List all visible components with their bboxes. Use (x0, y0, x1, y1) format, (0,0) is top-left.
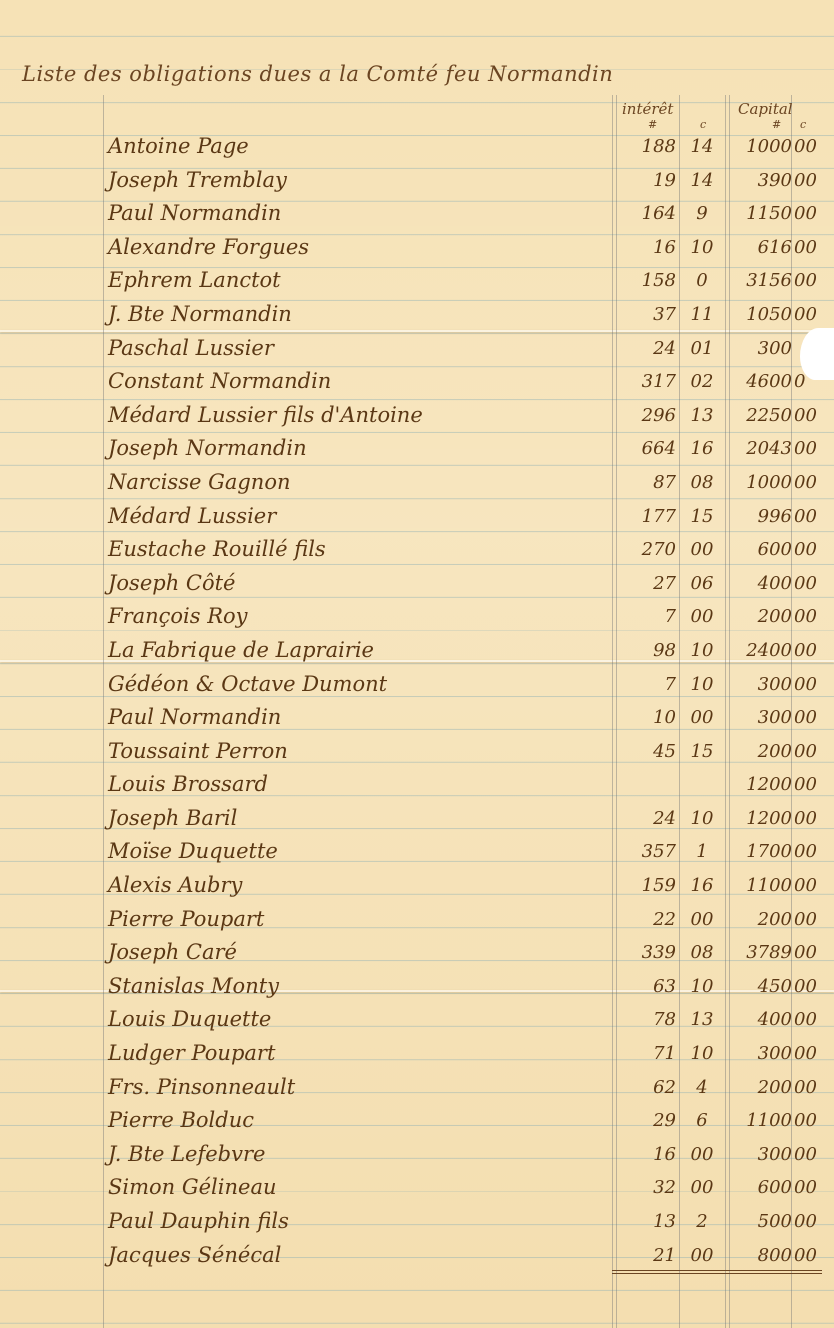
capital-cents: 00 (794, 640, 824, 661)
capital-cents: 00 (794, 741, 824, 762)
entry-name: Médard Lussier fils d'Antoine (108, 403, 423, 427)
interest-cents: 16 (682, 438, 722, 459)
capital-pounds: 450 (730, 976, 792, 997)
capital-cents: 00 (794, 808, 824, 829)
entry-name: Joseph Caré (108, 940, 237, 964)
entry-name: Constant Normandin (108, 369, 331, 393)
interest-cents: 0 (682, 270, 722, 291)
ledger-row: Toussaint Perron451520000 (0, 735, 834, 769)
entry-name: Moïse Duquette (108, 839, 278, 863)
total-underline (612, 1273, 822, 1274)
interest-cents: 10 (682, 674, 722, 695)
ledger-row: Jacques Sénécal210080000 (0, 1239, 834, 1273)
entry-name: J. Bte Normandin (108, 302, 292, 326)
capital-cents: 0 (794, 371, 824, 392)
ledger-row: Gédéon & Octave Dumont71030000 (0, 668, 834, 702)
capital-pounds: 200 (730, 606, 792, 627)
interest-pounds: 317 (618, 371, 676, 392)
entry-name: Jacques Sénécal (108, 1243, 281, 1267)
interest-pounds: 24 (618, 338, 676, 359)
capital-cents: 00 (794, 203, 824, 224)
interest-cents: 00 (682, 707, 722, 728)
capital-cents: 00 (794, 506, 824, 527)
capital-cents: 00 (794, 237, 824, 258)
capital-pounds: 3789 (730, 942, 792, 963)
ledger-row: Moïse Duquette3571170000 (0, 835, 834, 869)
capital-cents: 00 (794, 606, 824, 627)
capital-pounds: 200 (730, 909, 792, 930)
interest-pounds: 21 (618, 1245, 676, 1266)
capital-pounds: 2043 (730, 438, 792, 459)
total-underline (612, 1270, 822, 1271)
interest-pounds: 63 (618, 976, 676, 997)
interest-pounds: 177 (618, 506, 676, 527)
capital-cents: 00 (794, 1110, 824, 1131)
capital-pounds: 4600 (730, 371, 792, 392)
entry-name: Frs. Pinsonneault (108, 1075, 295, 1099)
capital-cents: 00 (794, 707, 824, 728)
entry-name: Gédéon & Octave Dumont (108, 672, 387, 696)
entry-name: Eustache Rouillé fils (108, 537, 326, 561)
entry-name: Louis Duquette (108, 1007, 271, 1031)
entry-name: Paul Normandin (108, 705, 281, 729)
capital-pounds: 1700 (730, 841, 792, 862)
interest-cents: 00 (682, 909, 722, 930)
capital-cents: 00 (794, 1043, 824, 1064)
capital-pounds: 500 (730, 1211, 792, 1232)
capital-cents: 00 (794, 1009, 824, 1030)
capital-cents: 00 (794, 573, 824, 594)
entry-name: Paul Dauphin fils (108, 1209, 289, 1233)
interest-cents: 13 (682, 1009, 722, 1030)
ledger-row: La Fabrique de Laprairie9810240000 (0, 634, 834, 668)
ledger-row: Joseph Tremblay191439000 (0, 164, 834, 198)
capital-pounds: 800 (730, 1245, 792, 1266)
ledger-row: Paul Normandin100030000 (0, 701, 834, 735)
ledger-row: Antoine Page18814100000 (0, 130, 834, 164)
entry-name: Ephrem Lanctot (108, 268, 281, 292)
interest-pounds: 10 (618, 707, 676, 728)
interest-pounds: 664 (618, 438, 676, 459)
capital-pounds: 300 (730, 1043, 792, 1064)
ledger-row: Ephrem Lanctot1580315600 (0, 264, 834, 298)
entry-name: Pierre Bolduc (108, 1108, 254, 1132)
interest-cents: 14 (682, 136, 722, 157)
capital-pounds: 2400 (730, 640, 792, 661)
interest-cents: 9 (682, 203, 722, 224)
ledger-row: Eustache Rouillé fils2700060000 (0, 533, 834, 567)
ledger-row: Constant Normandin3170246000 (0, 365, 834, 399)
capital-cents: 00 (794, 875, 824, 896)
ledger-row: Ludger Poupart711030000 (0, 1037, 834, 1071)
entry-name: Paschal Lussier (108, 336, 274, 360)
capital-cents: 00 (794, 1177, 824, 1198)
entry-name: La Fabrique de Laprairie (108, 638, 374, 662)
entry-name: Alexis Aubry (108, 873, 242, 897)
entry-name: Antoine Page (108, 134, 249, 158)
entry-name: Joseph Tremblay (108, 168, 287, 192)
interest-pounds: 7 (618, 674, 676, 695)
interest-cents: 1 (682, 841, 722, 862)
capital-cents: 00 (794, 976, 824, 997)
interest-cents: 02 (682, 371, 722, 392)
entry-name: Joseph Normandin (108, 436, 307, 460)
capital-pounds: 1200 (730, 808, 792, 829)
entry-name: J. Bte Lefebvre (108, 1142, 265, 1166)
ledger-row: Stanislas Monty631045000 (0, 970, 834, 1004)
interest-cents: 14 (682, 170, 722, 191)
interest-pounds: 16 (618, 1144, 676, 1165)
interest-cents: 10 (682, 640, 722, 661)
entry-name: Paul Normandin (108, 201, 281, 225)
ledger-row: Paul Normandin1649115000 (0, 197, 834, 231)
capital-cents: 00 (794, 270, 824, 291)
interest-pounds: 45 (618, 741, 676, 762)
capital-pounds: 400 (730, 1009, 792, 1030)
ledger-row: François Roy70020000 (0, 600, 834, 634)
ledger-row: Alexandre Forgues161061600 (0, 231, 834, 265)
interest-cents: 00 (682, 1245, 722, 1266)
interest-cents: 00 (682, 1177, 722, 1198)
interest-cents: 10 (682, 808, 722, 829)
interest-pounds: 37 (618, 304, 676, 325)
capital-pounds: 616 (730, 237, 792, 258)
entry-name: Joseph Côté (108, 571, 236, 595)
capital-pounds: 300 (730, 674, 792, 695)
interest-pounds: 27 (618, 573, 676, 594)
interest-pounds: 78 (618, 1009, 676, 1030)
interest-pounds: 19 (618, 170, 676, 191)
capital-pounds: 400 (730, 573, 792, 594)
capital-cents: 00 (794, 1245, 824, 1266)
ledger-row: Paschal Lussier2401300 (0, 332, 834, 366)
entry-name: Pierre Poupart (108, 907, 264, 931)
entry-name: Joseph Baril (108, 806, 237, 830)
capital-cents: 00 (794, 674, 824, 695)
interest-cents: 4 (682, 1077, 722, 1098)
capital-cents: 00 (794, 1077, 824, 1098)
ledger-row: J. Bte Lefebvre160030000 (0, 1138, 834, 1172)
interest-cents: 08 (682, 472, 722, 493)
ledger-row: Joseph Baril2410120000 (0, 802, 834, 836)
document-title: Liste des obligations dues a la Comté fe… (22, 62, 613, 86)
ledger-row: Médard Lussier1771599600 (0, 500, 834, 534)
interest-cents: 2 (682, 1211, 722, 1232)
capital-cents: 00 (794, 1211, 824, 1232)
interest-cents: 10 (682, 237, 722, 258)
capital-pounds: 1050 (730, 304, 792, 325)
interest-cents: 16 (682, 875, 722, 896)
capital-pounds: 200 (730, 741, 792, 762)
interest-pounds: 296 (618, 405, 676, 426)
capital-cents: 00 (794, 136, 824, 157)
capital-pounds: 200 (730, 1077, 792, 1098)
interest-cents: 6 (682, 1110, 722, 1131)
ledger-row: Louis Duquette781340000 (0, 1003, 834, 1037)
interest-cents: 15 (682, 506, 722, 527)
capital-pounds: 390 (730, 170, 792, 191)
ledger-row: Joseph Normandin66416204300 (0, 432, 834, 466)
capital-cents: 00 (794, 1144, 824, 1165)
ledger-row: Pierre Poupart220020000 (0, 903, 834, 937)
ledger-page: Liste des obligations dues a la Comté fe… (0, 0, 834, 1328)
ledger-row: Frs. Pinsonneault62420000 (0, 1071, 834, 1105)
entry-name: Simon Gélineau (108, 1175, 277, 1199)
capital-pounds: 300 (730, 1144, 792, 1165)
interest-pounds: 357 (618, 841, 676, 862)
interest-cents: 01 (682, 338, 722, 359)
capital-cents: 00 (794, 774, 824, 795)
interest-pounds: 270 (618, 539, 676, 560)
capital-pounds: 1000 (730, 472, 792, 493)
interest-cents: 00 (682, 606, 722, 627)
capital-cents: 00 (794, 405, 824, 426)
interest-column-header: intérêt (622, 100, 673, 118)
capital-pounds: 996 (730, 506, 792, 527)
entry-name: Louis Brossard (108, 772, 268, 796)
capital-cents: 00 (794, 841, 824, 862)
interest-pounds: 29 (618, 1110, 676, 1131)
capital-pounds: 1100 (730, 875, 792, 896)
entry-name: Narcisse Gagnon (108, 470, 291, 494)
interest-pounds: 32 (618, 1177, 676, 1198)
interest-pounds: 7 (618, 606, 676, 627)
capital-cents: 00 (794, 909, 824, 930)
capital-column-header: Capital (738, 100, 793, 118)
capital-pounds: 600 (730, 539, 792, 560)
ledger-row: Alexis Aubry15916110000 (0, 869, 834, 903)
capital-pounds: 300 (730, 338, 792, 359)
capital-cents: 00 (794, 438, 824, 459)
entry-name: Médard Lussier (108, 504, 276, 528)
interest-cents: 08 (682, 942, 722, 963)
interest-cents: 13 (682, 405, 722, 426)
interest-pounds: 22 (618, 909, 676, 930)
interest-pounds: 188 (618, 136, 676, 157)
interest-pounds: 87 (618, 472, 676, 493)
capital-cents: 00 (794, 539, 824, 560)
ledger-row: Pierre Bolduc296110000 (0, 1104, 834, 1138)
ledger-row: J. Bte Normandin3711105000 (0, 298, 834, 332)
entry-name: Ludger Poupart (108, 1041, 275, 1065)
interest-pounds: 16 (618, 237, 676, 258)
interest-pounds: 98 (618, 640, 676, 661)
ledger-row: Médard Lussier fils d'Antoine29613225000 (0, 399, 834, 433)
capital-cents: 00 (794, 942, 824, 963)
interest-pounds: 158 (618, 270, 676, 291)
ledger-row: Joseph Caré33908378900 (0, 936, 834, 970)
interest-cents: 06 (682, 573, 722, 594)
ledger-entries: Antoine Page18814100000Joseph Tremblay19… (0, 130, 834, 1272)
capital-pounds: 1100 (730, 1110, 792, 1131)
capital-pounds: 3156 (730, 270, 792, 291)
entry-name: Alexandre Forgues (108, 235, 309, 259)
interest-pounds: 71 (618, 1043, 676, 1064)
capital-cents: 00 (794, 304, 824, 325)
capital-cents: 00 (794, 472, 824, 493)
interest-pounds: 62 (618, 1077, 676, 1098)
interest-cents: 15 (682, 741, 722, 762)
interest-pounds: 13 (618, 1211, 676, 1232)
ledger-row: Paul Dauphin fils13250000 (0, 1205, 834, 1239)
capital-pounds: 1200 (730, 774, 792, 795)
entry-name: François Roy (108, 604, 248, 628)
ledger-row: Joseph Côté270640000 (0, 567, 834, 601)
capital-cents: 00 (794, 170, 824, 191)
interest-cents: 10 (682, 976, 722, 997)
ledger-row: Simon Gélineau320060000 (0, 1171, 834, 1205)
entry-name: Stanislas Monty (108, 974, 279, 998)
interest-cents: 00 (682, 539, 722, 560)
interest-pounds: 24 (618, 808, 676, 829)
ledger-row: Louis Brossard120000 (0, 768, 834, 802)
interest-cents: 10 (682, 1043, 722, 1064)
capital-pounds: 2250 (730, 405, 792, 426)
interest-cents: 00 (682, 1144, 722, 1165)
interest-pounds: 159 (618, 875, 676, 896)
entry-name: Toussaint Perron (108, 739, 288, 763)
capital-pounds: 300 (730, 707, 792, 728)
interest-pounds: 164 (618, 203, 676, 224)
interest-pounds: 339 (618, 942, 676, 963)
capital-pounds: 1000 (730, 136, 792, 157)
capital-pounds: 600 (730, 1177, 792, 1198)
interest-cents: 11 (682, 304, 722, 325)
ledger-row: Narcisse Gagnon8708100000 (0, 466, 834, 500)
capital-pounds: 1150 (730, 203, 792, 224)
